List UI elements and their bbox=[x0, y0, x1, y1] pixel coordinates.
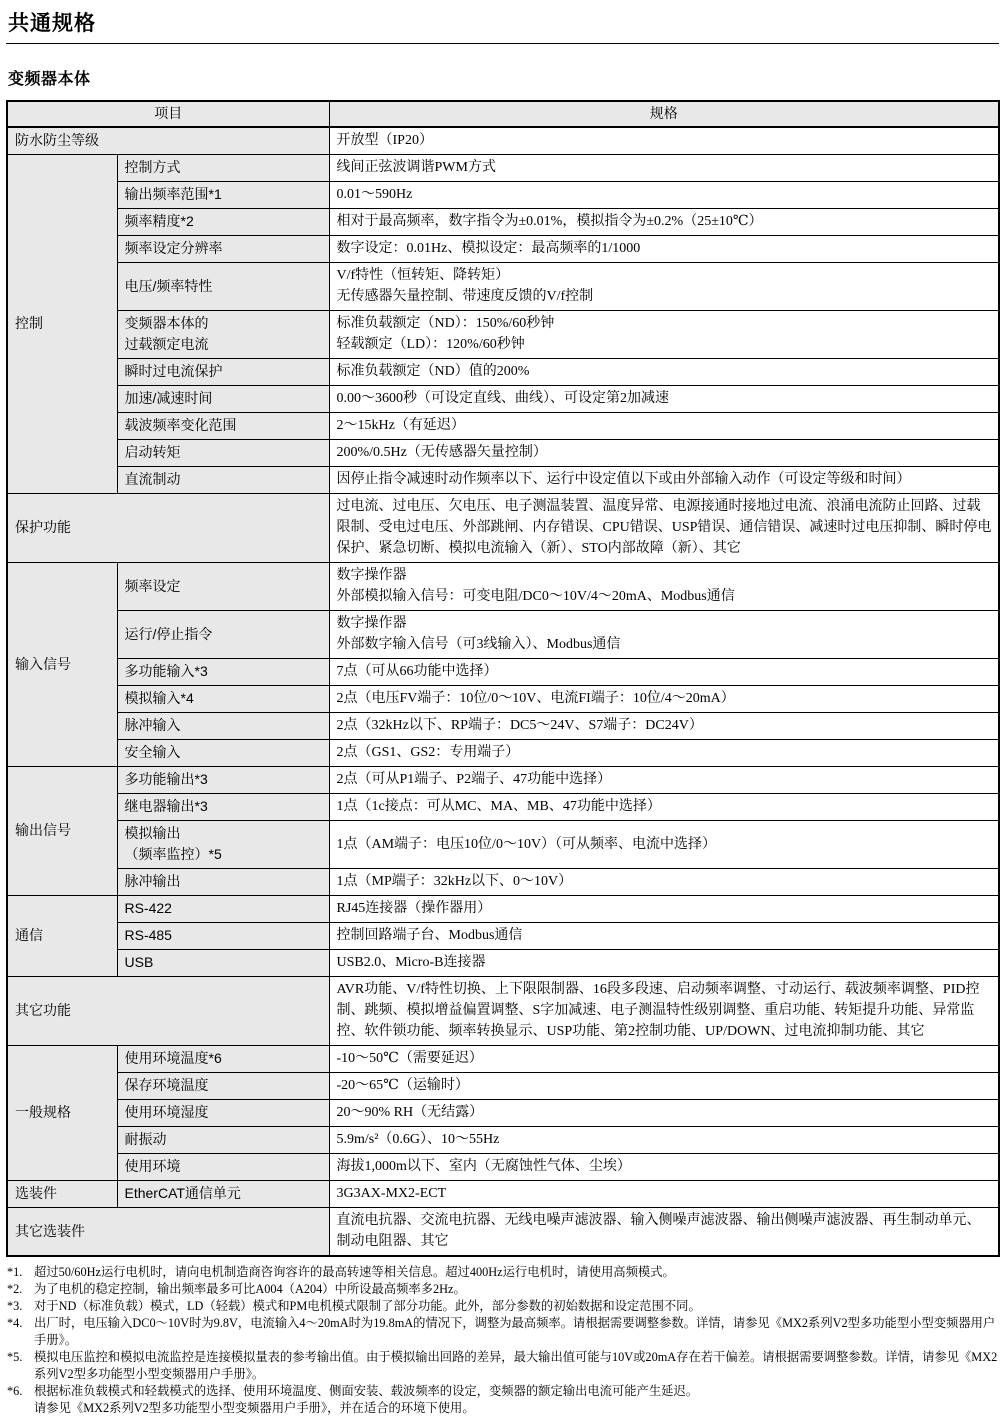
item-cell: 载波频率变化范围 bbox=[117, 413, 329, 440]
item-cell: 控制方式 bbox=[117, 155, 329, 182]
table-row: 多功能输入*37点（可从66功能中选择） bbox=[7, 659, 999, 686]
item-cell: 模拟输出 （频率监控）*5 bbox=[117, 821, 329, 869]
footnote-text: 出厂时，电压输入DC0～10V时为9.8V，电流输入4～20mA时为19.8mA… bbox=[34, 1315, 999, 1349]
category-cell: 输出信号 bbox=[7, 767, 117, 896]
item-cell: 保存环境温度 bbox=[117, 1073, 329, 1100]
spec-cell: 海拔1,000m以下、室内（无腐蚀性气体、尘埃） bbox=[329, 1154, 999, 1181]
item-cell: 脉冲输入 bbox=[117, 713, 329, 740]
spec-cell: AVR功能、V/f特性切换、上下限限制器、16段多段速、启动频率调整、寸动运行、… bbox=[329, 977, 999, 1046]
table-row: 使用环境湿度20～90% RH（无结露） bbox=[7, 1100, 999, 1127]
item-cell: 启动转矩 bbox=[117, 440, 329, 467]
table-row: 其它功能AVR功能、V/f特性切换、上下限限制器、16段多段速、启动频率调整、寸… bbox=[7, 977, 999, 1046]
table-row: 电压/频率特性V/f特性（恒转矩、降转矩） 无传感器矢量控制、带速度反馈的V/f… bbox=[7, 263, 999, 311]
item-cell: RS-422 bbox=[117, 896, 329, 923]
item-cell: USB bbox=[117, 950, 329, 977]
item-cell: RS-485 bbox=[117, 923, 329, 950]
table-row: 输出信号多功能输出*32点（可从P1端子、P2端子、47功能中选择） bbox=[7, 767, 999, 794]
footnote: *3.对于ND（标准负载）模式，LD（轻载）模式和PM电机模式限制了部分功能。此… bbox=[7, 1298, 999, 1315]
table-row: 直流制动因停止指令减速时动作频率以下、运行中设定值以下或由外部输入动作（可设定等… bbox=[7, 467, 999, 494]
spec-cell: 数字操作器 外部数字输入信号（可3线输入）、Modbus通信 bbox=[329, 611, 999, 659]
item-cell: 使用环境温度*6 bbox=[117, 1046, 329, 1073]
spec-cell: 0.00～3600秒（可设定直线、曲线）、可设定第2加减速 bbox=[329, 386, 999, 413]
item-cell: 输出频率范围*1 bbox=[117, 182, 329, 209]
item-cell: 瞬时过电流保护 bbox=[117, 359, 329, 386]
category-cell: 一般规格 bbox=[7, 1046, 117, 1181]
spec-cell: 5.9m/s²（0.6G）、10～55Hz bbox=[329, 1127, 999, 1154]
spec-cell: -10～50℃（需要延迟） bbox=[329, 1046, 999, 1073]
item-cell: 多功能输出*3 bbox=[117, 767, 329, 794]
table-row: 脉冲输出1点（MP端子：32kHz以下、0～10V） bbox=[7, 869, 999, 896]
category-cell: 通信 bbox=[7, 896, 117, 977]
table-row: 其它选装件直流电抗器、交流电抗器、无线电噪声滤波器、输入侧噪声滤波器、输出侧噪声… bbox=[7, 1208, 999, 1257]
category-cell: 选装件 bbox=[7, 1181, 117, 1208]
footnote-marker: *4. bbox=[7, 1315, 34, 1349]
item-cell: EtherCAT通信单元 bbox=[117, 1181, 329, 1208]
table-row: 频率设定分辨率数字设定：0.01Hz、模拟设定：最高频率的1/1000 bbox=[7, 236, 999, 263]
spec-cell: 标准负载额定（ND）：150%/60秒钟 轻载额定（LD）：120%/60秒钟 bbox=[329, 311, 999, 359]
document-page: 共通规格 变频器本体 项目 规格 防水防尘等级开放型（IP20）控制控制方式线间… bbox=[0, 0, 1007, 1417]
spec-cell: 数字操作器 外部模拟输入信号：可变电阻/DC0～10V/4～20mA、Modbu… bbox=[329, 563, 999, 611]
item-cell: 使用环境湿度 bbox=[117, 1100, 329, 1127]
table-row: 输出频率范围*10.01～590Hz bbox=[7, 182, 999, 209]
item-cell: 使用环境 bbox=[117, 1154, 329, 1181]
footnote-marker: *5. bbox=[7, 1349, 34, 1383]
item-cell: 模拟输入*4 bbox=[117, 686, 329, 713]
spec-cell: 7点（可从66功能中选择） bbox=[329, 659, 999, 686]
item-cell: 频率精度*2 bbox=[117, 209, 329, 236]
footnote: *6.根据标准负载模式和轻载模式的选择、使用环境温度、侧面安装、载波频率的设定，… bbox=[7, 1383, 999, 1417]
footnote-text: 模拟电压监控和模拟电流监控是连接模拟量表的参考输出值。由于模拟输出回路的差异，最… bbox=[34, 1349, 999, 1383]
footnote: *4.出厂时，电压输入DC0～10V时为9.8V，电流输入4～20mA时为19.… bbox=[7, 1315, 999, 1349]
table-row: 耐振动5.9m/s²（0.6G）、10～55Hz bbox=[7, 1127, 999, 1154]
category-cell: 控制 bbox=[7, 155, 117, 494]
column-header-item: 项目 bbox=[7, 101, 329, 127]
item-cell: 多功能输入*3 bbox=[117, 659, 329, 686]
spec-cell: 1点（AM端子：电压10位/0～10V）（可从频率、电流中选择） bbox=[329, 821, 999, 869]
table-row: 瞬时过电流保护标准负载额定（ND）值的200% bbox=[7, 359, 999, 386]
table-row: 变频器本体的 过载额定电流标准负载额定（ND）：150%/60秒钟 轻载额定（L… bbox=[7, 311, 999, 359]
item-cell: 变频器本体的 过载额定电流 bbox=[117, 311, 329, 359]
category-cell: 其它功能 bbox=[7, 977, 329, 1046]
table-row: RS-485控制回路端子台、Modbus通信 bbox=[7, 923, 999, 950]
item-cell: 频率设定 bbox=[117, 563, 329, 611]
table-row: 防水防尘等级开放型（IP20） bbox=[7, 127, 999, 155]
footnotes: *1.超过50/60Hz运行电机时，请向电机制造商咨询容许的最高转速等相关信息。… bbox=[6, 1264, 999, 1417]
item-cell: 运行/停止指令 bbox=[117, 611, 329, 659]
spec-cell: V/f特性（恒转矩、降转矩） 无传感器矢量控制、带速度反馈的V/f控制 bbox=[329, 263, 999, 311]
footnote: *5.模拟电压监控和模拟电流监控是连接模拟量表的参考输出值。由于模拟输出回路的差… bbox=[7, 1349, 999, 1383]
spec-cell: 因停止指令减速时动作频率以下、运行中设定值以下或由外部输入动作（可设定等级和时间… bbox=[329, 467, 999, 494]
spec-cell: USB2.0、Micro-B连接器 bbox=[329, 950, 999, 977]
footnote: *1.超过50/60Hz运行电机时，请向电机制造商咨询容许的最高转速等相关信息。… bbox=[7, 1264, 999, 1281]
table-row: 脉冲输入2点（32kHz以下、RP端子：DC5～24V、S7端子：DC24V） bbox=[7, 713, 999, 740]
spec-cell: 2点（可从P1端子、P2端子、47功能中选择） bbox=[329, 767, 999, 794]
footnote-text: 根据标准负载模式和轻载模式的选择、使用环境温度、侧面安装、载波频率的设定，变频器… bbox=[34, 1383, 999, 1417]
footnote-text: 对于ND（标准负载）模式，LD（轻载）模式和PM电机模式限制了部分功能。此外，部… bbox=[34, 1298, 999, 1315]
table-row: 运行/停止指令数字操作器 外部数字输入信号（可3线输入）、Modbus通信 bbox=[7, 611, 999, 659]
spec-cell: 1点（1c接点：可从MC、MA、MB、47功能中选择） bbox=[329, 794, 999, 821]
category-cell: 其它选装件 bbox=[7, 1208, 329, 1257]
table-row: USBUSB2.0、Micro-B连接器 bbox=[7, 950, 999, 977]
footnote-text: 超过50/60Hz运行电机时，请向电机制造商咨询容许的最高转速等相关信息。超过4… bbox=[34, 1264, 999, 1281]
item-cell: 耐振动 bbox=[117, 1127, 329, 1154]
spec-cell: 2点（32kHz以下、RP端子：DC5～24V、S7端子：DC24V） bbox=[329, 713, 999, 740]
footnote-text: 为了电机的稳定控制，输出频率最多可比A004（A204）中所设最高频率多2Hz。 bbox=[34, 1281, 999, 1298]
spec-cell: 开放型（IP20） bbox=[329, 127, 999, 155]
spec-cell: 直流电抗器、交流电抗器、无线电噪声滤波器、输入侧噪声滤波器、输出侧噪声滤波器、再… bbox=[329, 1208, 999, 1257]
footnote-marker: *6. bbox=[7, 1383, 34, 1417]
spec-cell: 控制回路端子台、Modbus通信 bbox=[329, 923, 999, 950]
spec-table: 项目 规格 防水防尘等级开放型（IP20）控制控制方式线间正弦波调谐PWM方式输… bbox=[6, 100, 1000, 1257]
section-title: 变频器本体 bbox=[8, 66, 999, 89]
footnote-marker: *3. bbox=[7, 1298, 34, 1315]
spec-cell: 标准负载额定（ND）值的200% bbox=[329, 359, 999, 386]
spec-table-body: 防水防尘等级开放型（IP20）控制控制方式线间正弦波调谐PWM方式输出频率范围*… bbox=[7, 127, 999, 1256]
spec-cell: 2点（GS1、GS2：专用端子） bbox=[329, 740, 999, 767]
spec-cell: 0.01～590Hz bbox=[329, 182, 999, 209]
item-cell: 加速/减速时间 bbox=[117, 386, 329, 413]
spec-cell: 3G3AX-MX2-ECT bbox=[329, 1181, 999, 1208]
table-row: 一般规格使用环境温度*6-10～50℃（需要延迟） bbox=[7, 1046, 999, 1073]
spec-cell: 相对于最高频率，数字指令为±0.01%，模拟指令为±0.2%（25±10℃） bbox=[329, 209, 999, 236]
spec-cell: 1点（MP端子：32kHz以下、0～10V） bbox=[329, 869, 999, 896]
item-cell: 电压/频率特性 bbox=[117, 263, 329, 311]
item-cell: 脉冲输出 bbox=[117, 869, 329, 896]
spec-cell: 数字设定：0.01Hz、模拟设定：最高频率的1/1000 bbox=[329, 236, 999, 263]
footnote-marker: *1. bbox=[7, 1264, 34, 1281]
footnote-marker: *2. bbox=[7, 1281, 34, 1298]
table-row: 通信RS-422RJ45连接器（操作器用） bbox=[7, 896, 999, 923]
table-row: 频率精度*2相对于最高频率，数字指令为±0.01%，模拟指令为±0.2%（25±… bbox=[7, 209, 999, 236]
spec-cell: 线间正弦波调谐PWM方式 bbox=[329, 155, 999, 182]
table-row: 使用环境海拔1,000m以下、室内（无腐蚀性气体、尘埃） bbox=[7, 1154, 999, 1181]
category-cell: 防水防尘等级 bbox=[7, 127, 329, 155]
spec-cell: 2点（电压FV端子：10位/0～10V、电流FI端子：10位/4～20mA） bbox=[329, 686, 999, 713]
item-cell: 频率设定分辨率 bbox=[117, 236, 329, 263]
table-header-row: 项目 规格 bbox=[7, 101, 999, 127]
footnote: *2.为了电机的稳定控制，输出频率最多可比A004（A204）中所设最高频率多2… bbox=[7, 1281, 999, 1298]
table-row: 控制控制方式线间正弦波调谐PWM方式 bbox=[7, 155, 999, 182]
spec-cell: -20～65℃（运输时） bbox=[329, 1073, 999, 1100]
spec-cell: 过电流、过电压、欠电压、电子测温装置、温度异常、电源接通时接地过电流、浪涌电流防… bbox=[329, 494, 999, 563]
column-header-spec: 规格 bbox=[329, 101, 999, 127]
table-row: 选装件EtherCAT通信单元3G3AX-MX2-ECT bbox=[7, 1181, 999, 1208]
table-row: 载波频率变化范围2～15kHz（有延迟） bbox=[7, 413, 999, 440]
item-cell: 直流制动 bbox=[117, 467, 329, 494]
item-cell: 继电器输出*3 bbox=[117, 794, 329, 821]
spec-cell: 200%/0.5Hz（无传感器矢量控制） bbox=[329, 440, 999, 467]
page-title: 共通规格 bbox=[6, 5, 999, 44]
spec-cell: 2～15kHz（有延迟） bbox=[329, 413, 999, 440]
table-row: 安全输入2点（GS1、GS2：专用端子） bbox=[7, 740, 999, 767]
item-cell: 安全输入 bbox=[117, 740, 329, 767]
table-row: 保存环境温度-20～65℃（运输时） bbox=[7, 1073, 999, 1100]
table-row: 保护功能过电流、过电压、欠电压、电子测温装置、温度异常、电源接通时接地过电流、浪… bbox=[7, 494, 999, 563]
spec-cell: 20～90% RH（无结露） bbox=[329, 1100, 999, 1127]
spec-cell: RJ45连接器（操作器用） bbox=[329, 896, 999, 923]
table-row: 启动转矩200%/0.5Hz（无传感器矢量控制） bbox=[7, 440, 999, 467]
table-row: 继电器输出*31点（1c接点：可从MC、MA、MB、47功能中选择） bbox=[7, 794, 999, 821]
table-row: 输入信号频率设定数字操作器 外部模拟输入信号：可变电阻/DC0～10V/4～20… bbox=[7, 563, 999, 611]
table-row: 加速/减速时间0.00～3600秒（可设定直线、曲线）、可设定第2加减速 bbox=[7, 386, 999, 413]
category-cell: 保护功能 bbox=[7, 494, 329, 563]
table-row: 模拟输出 （频率监控）*51点（AM端子：电压10位/0～10V）（可从频率、电… bbox=[7, 821, 999, 869]
table-row: 模拟输入*42点（电压FV端子：10位/0～10V、电流FI端子：10位/4～2… bbox=[7, 686, 999, 713]
category-cell: 输入信号 bbox=[7, 563, 117, 767]
